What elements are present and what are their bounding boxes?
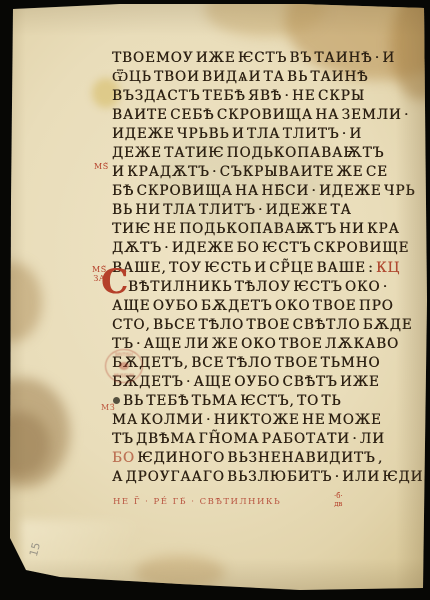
stain-left-middle [0,262,42,342]
text-line: ма колми · никтоже не може [112,411,408,430]
margin-section-number-3: мз̃ [101,403,115,412]
text-block: твоемоу иже ѥстъ въ таинѣ · иѿць твои ви… [112,49,408,487]
text-line: вь тебѣ тьма ѥстъ, то ть [112,392,408,411]
text-line: идеже чрьвь и тла тлитъ · и [112,125,408,144]
text-line: аще оубо бѫдетъ око твое про [112,297,408,316]
text-line: тъ двѣма гн̃ома работати · ли [112,430,408,449]
text-line: тъ · аще ли же око твое лѫкаво [112,335,408,354]
margin-section-number-2-top: мѕ̃ [92,265,107,274]
stamp-top-text: BRITISH [106,353,142,358]
text-line: сто, вьсе тѣло твое свѣтло бѫде [112,316,408,335]
text-line: бѫдетъ · аще оубо свѣтъ иже [112,373,408,392]
text-line: бѣ скровища на нб̃си · идеже чрь [112,182,408,201]
text-line: ѿць твои видѧи та вь таинѣ [112,68,408,87]
stamp-emblem [119,362,129,370]
margin-section-number-2: мѕ̃ за [92,265,107,283]
parchment-fold-highlight [20,520,200,590]
stain-bottom [135,555,225,590]
text-line: бѫдетъ, все тѣло твое тьмно [112,354,408,373]
stain-top-middle [205,0,325,37]
text-line: тиѥ не подькопаваѭтъ ни кра [112,220,408,239]
text-line: и крадѫтъ · съкрываите же се [112,163,408,182]
text-line: въздастъ тебѣ явѣ · не скры [112,87,408,106]
margin-section-number-1: мѕ̃ [94,162,109,171]
stain-left-lower [0,378,70,488]
text-line: бо ѥдиного вьзненавидитъ , [112,449,408,468]
text-line: а дроугааго вьзлюбитъ · или ѥди [112,468,408,487]
rubric-right-mark: ·б̃· дв [334,492,343,508]
text-line: вѣтилникь тѣлоу ѥстъ око · [112,278,408,297]
stain-left-lower-core [0,412,50,477]
rubric-line: не г̃ · ре́ гь̃ · свѣтилникь [113,497,281,507]
text-line: деже татиѥ подькопаваѭтъ [112,144,408,163]
text-line: ваше, тоу ѥсть и ср̃це ваше : кц [112,259,408,278]
pencil-folio-note: 15 [27,541,43,558]
margin-section-number-2-bottom: за [92,274,107,283]
rubric-right-mark-top: ·б̃· [334,492,343,500]
text-line: твоемоу иже ѥстъ въ таинѣ · и [112,49,408,68]
library-stamp: BRITISH MUSEUM [105,349,143,383]
manuscript-page: твоемоу иже ѥстъ въ таинѣ · иѿць твои ви… [0,0,430,600]
text-line: ваите себѣ скровища на земли · [112,106,408,125]
stamp-bottom-text: MUSEUM [106,374,142,379]
text-line: дѫтъ · идеже бо ѥстъ скровище [112,239,408,258]
text-line: вь ни тла тлитъ · идеже та [112,201,408,220]
rubric-right-mark-bottom: дв [334,500,343,508]
